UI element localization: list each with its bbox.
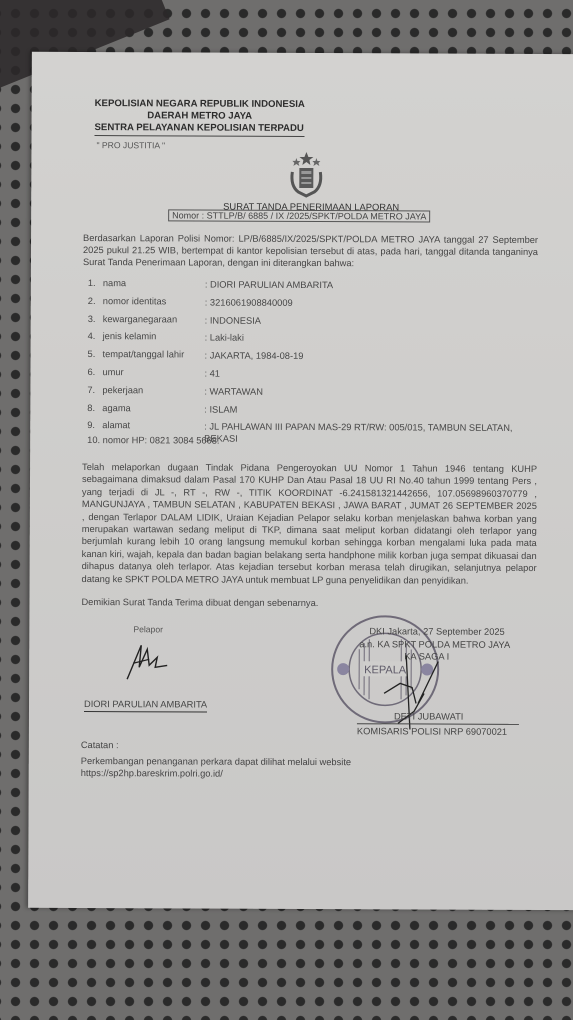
row-number: 5. <box>88 349 102 359</box>
row-number: 6. <box>87 367 101 377</box>
report-body: Telah melaporkan dugaan Tindak Pidana Pe… <box>82 461 538 587</box>
row-value: : JAKARTA, 1984-08-19 <box>205 350 535 363</box>
row-number: 4. <box>88 331 102 341</box>
note-text: Perkembangan penanganan perkara dapat di… <box>81 755 351 780</box>
row-label: nomor identitas <box>103 296 213 306</box>
row-number: 1. <box>88 278 102 288</box>
row-value: : 3216061908840009 <box>205 296 535 309</box>
row-label: pekerjaan <box>102 385 212 395</box>
signing-place-date: DKI Jakarta, 27 September 2025 <box>369 626 504 637</box>
reporter-signature-icon <box>119 637 179 682</box>
pro-justitia: " PRO JUSTITIA " <box>96 140 165 150</box>
row-number: 7. <box>87 385 101 395</box>
row-label: umur <box>102 367 212 377</box>
row-number: 3. <box>88 314 102 324</box>
official-name: DETI JUBAWATI <box>394 711 463 721</box>
police-emblem-icon <box>286 150 326 198</box>
row-label: agama <box>102 403 212 413</box>
document-page: KEPOLISIAN NEGARA REPUBLIK INDONESIA DAE… <box>28 52 573 910</box>
row-value: : 41 <box>204 368 534 381</box>
row-value: : ISLAM <box>204 403 534 416</box>
note-url: https://sp2hp.bareskrim.polri.go.id/ <box>81 767 351 780</box>
phone-number: 10. nomor HP: 0821 3084 5668. <box>87 435 219 446</box>
identity-table: 1.nama: DIORI PARULIAN AMBARITA 2.nomor … <box>87 278 88 438</box>
letterhead: KEPOLISIAN NEGARA REPUBLIK INDONESIA DAE… <box>95 98 305 137</box>
row-number: 2. <box>88 296 102 306</box>
intro-paragraph: Berdasarkan Laporan Polisi Nomor: LP/B/6… <box>83 232 538 271</box>
row-number: 9. <box>87 420 101 430</box>
row-value: : Laki-laki <box>205 332 535 345</box>
row-label: alamat <box>102 420 212 430</box>
on-behalf-of: a.n. KA SPKT POLDA METRO JAYA <box>359 639 510 650</box>
row-label: tempat/tanggal lahir <box>103 349 213 359</box>
reporter-label: Pelapor <box>133 624 163 634</box>
letterhead-line2: DAERAH METRO JAYA <box>95 110 305 123</box>
row-value: : WARTAWAN <box>204 385 534 398</box>
row-value: : INDONESIA <box>205 314 535 327</box>
row-value: : JL PAHLAWAN III PAPAN MAS-29 RT/RW: 00… <box>204 421 534 446</box>
row-label: nama <box>103 278 213 288</box>
document-number: Nomor : STTLP/B/ 6885 / IX /2025/SPKT/PO… <box>168 209 430 222</box>
letterhead-line1: KEPOLISIAN NEGARA REPUBLIK INDONESIA <box>95 98 305 111</box>
row-label: jenis kelamin <box>103 331 213 341</box>
official-rank: KOMISARIS POLISI NRP 69070021 <box>357 723 519 737</box>
reporter-name: DIORI PARULIAN AMBARITA <box>84 699 207 713</box>
row-number: 8. <box>87 403 101 413</box>
letterhead-line3: SENTRA PELAYANAN KEPOLISIAN TERPADU <box>95 122 305 137</box>
note-label: Catatan : <box>81 740 119 750</box>
closing-statement: Demikian Surat Tanda Terima dibuat denga… <box>81 597 318 608</box>
row-label: kewarganegaraan <box>103 314 213 324</box>
row-value: : DIORI PARULIAN AMBARITA <box>205 279 535 292</box>
